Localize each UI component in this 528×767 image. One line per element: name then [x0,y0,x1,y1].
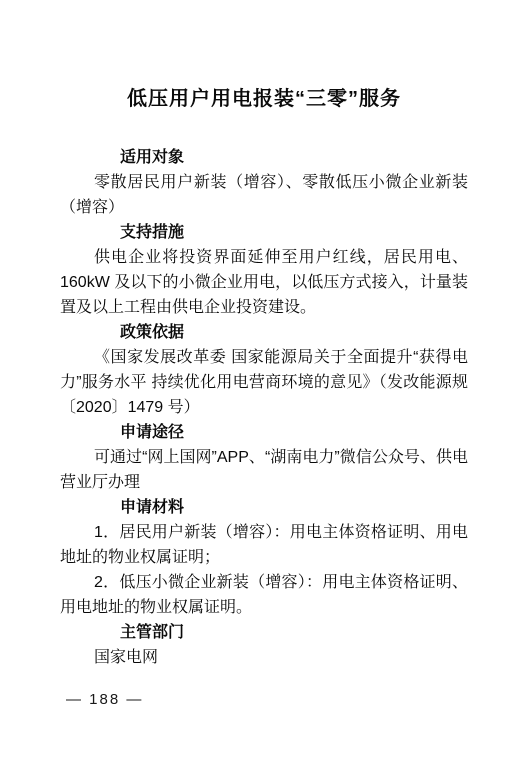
section-support-measures: 支持措施 供电企业将投资界面延伸至用户红线，居民用电、160kW 及以下的小微企… [60,220,468,320]
section-paragraph: 1．居民用户新装（增容）：用电主体资格证明、用电地址的物业权属证明； [60,520,468,570]
section-paragraph: 2．低压小微企业新装（增容）：用电主体资格证明、用电地址的物业权属证明。 [60,570,468,620]
section-paragraph: 国家电网 [60,645,468,670]
section-heading: 支持措施 [60,220,468,245]
section-paragraph: 《国家发展改革委 国家能源局关于全面提升“获得电力”服务水平 持续优化用电营商环… [60,345,468,420]
section-heading: 适用对象 [60,145,468,170]
section-paragraph: 零散居民用户新装（增容）、零散低压小微企业新装（增容） [60,170,468,220]
section-paragraph: 可通过“网上国网”APP、“湖南电力”微信公众号、供电营业厅办理 [60,445,468,495]
section-policy-basis: 政策依据 《国家发展改革委 国家能源局关于全面提升“获得电力”服务水平 持续优化… [60,320,468,420]
document-page: 低压用户用电报装“三零”服务 适用对象 零散居民用户新装（增容）、零散低压小微企… [0,0,528,767]
section-heading: 主管部门 [60,620,468,645]
page-number: — 188 — [66,691,528,709]
section-competent-authority: 主管部门 国家电网 [60,620,468,670]
page-title: 低压用户用电报装“三零”服务 [0,0,528,114]
section-paragraph: 供电企业将投资界面延伸至用户红线，居民用电、160kW 及以下的小微企业用电，以… [60,245,468,320]
section-heading: 申请途径 [60,420,468,445]
document-body: 适用对象 零散居民用户新装（增容）、零散低压小微企业新装（增容） 支持措施 供电… [60,145,468,670]
section-heading: 申请材料 [60,495,468,520]
section-heading: 政策依据 [60,320,468,345]
section-applicable-objects: 适用对象 零散居民用户新装（增容）、零散低压小微企业新装（增容） [60,145,468,220]
section-application-channels: 申请途径 可通过“网上国网”APP、“湖南电力”微信公众号、供电营业厅办理 [60,420,468,495]
section-application-materials: 申请材料 1．居民用户新装（增容）：用电主体资格证明、用电地址的物业权属证明； … [60,495,468,620]
